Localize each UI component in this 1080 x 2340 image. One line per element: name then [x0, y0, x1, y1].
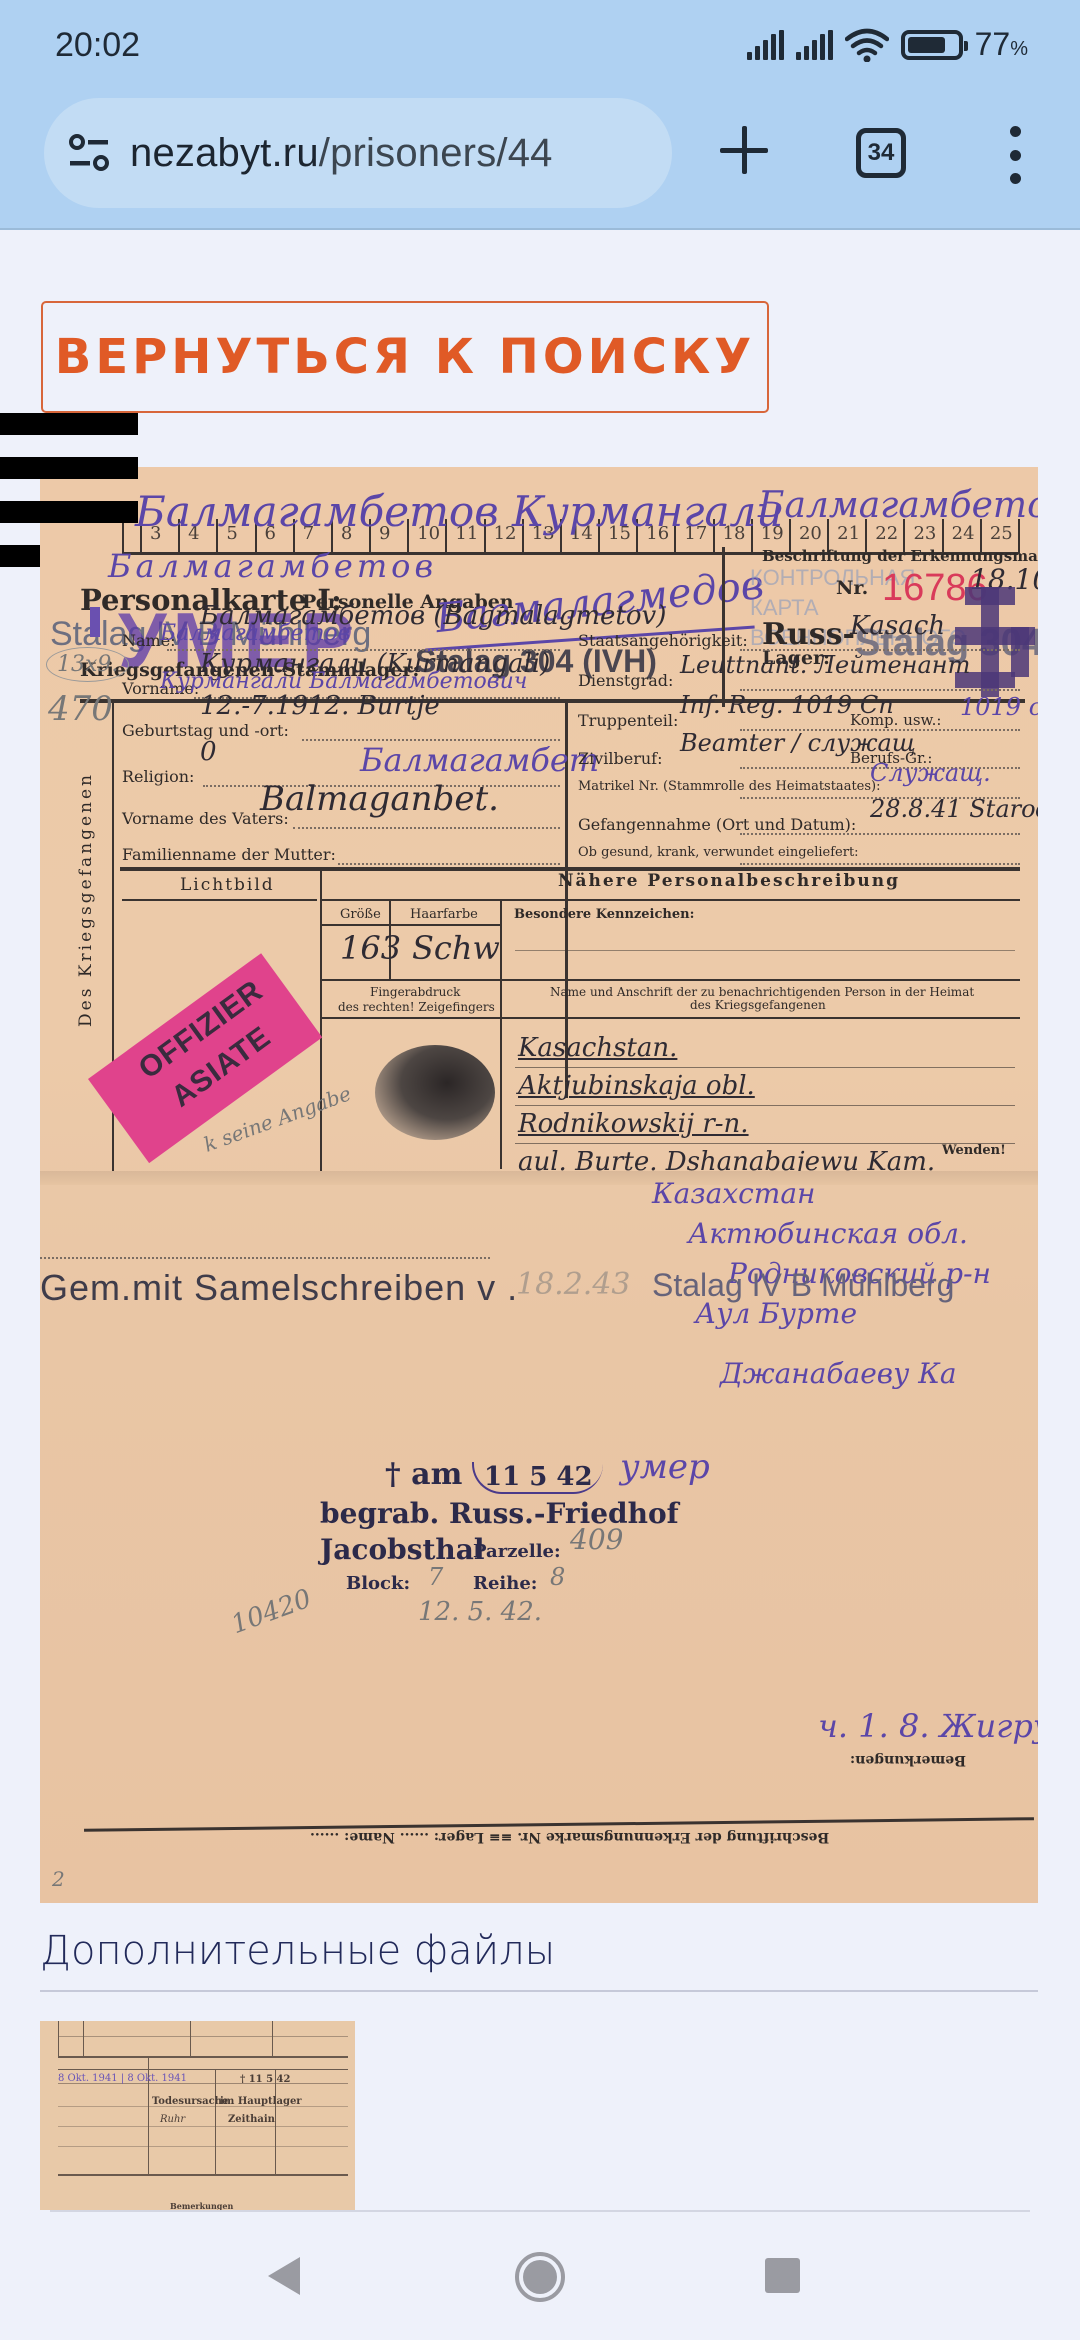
- value-parzelle: 409: [570, 1523, 623, 1556]
- rule: [83, 2021, 84, 2056]
- stamp-gem: Gem.mit Samelschreiben v .: [40, 1267, 518, 1309]
- wifi-icon: [845, 28, 889, 62]
- thumb-stamp-dates: 8 Okt. 1941 | 8 Okt. 1941: [58, 2073, 187, 2084]
- url-text[interactable]: nezabyt.ru/prisoners/44: [130, 131, 553, 176]
- thumb-place: Zeithain: [228, 2114, 275, 2125]
- bemerkungen-hw: ч. 1. 8. Жигруз: [818, 1707, 1038, 1745]
- back-to-search-button[interactable]: ВЕРНУТЬСЯ К ПОИСКУ: [41, 301, 769, 413]
- address-russian: КазахстанАктюбинская обл.Родниковский р-…: [40, 467, 1038, 1467]
- address-ru-line: Джанабаеву Ка: [720, 1357, 957, 1390]
- prisoner-card-image[interactable]: 345678910111213141516171819202122232425 …: [40, 467, 1038, 1903]
- status-time: 20:02: [55, 26, 140, 65]
- back-icon[interactable]: [268, 2257, 300, 2295]
- battery-icon: [901, 30, 963, 60]
- new-tab-icon[interactable]: [716, 122, 772, 178]
- bottom-row-label: Beschriftung der Erkennungsmarke Nr. ≡≡ …: [310, 1829, 829, 1845]
- side-number: 10420: [227, 1584, 315, 1640]
- rule: [190, 2021, 191, 2056]
- thumb-hw-note: Ruhr: [160, 2114, 185, 2125]
- browser-chrome: 20:02 77% nezabyt.ru/prisoners/44 34: [0, 0, 1080, 230]
- stamp-stalag-iv: Stalag IV B Mühlberg: [652, 1267, 954, 1304]
- thumb-cause: Todesursache: [152, 2096, 228, 2107]
- rule: [40, 1257, 490, 1259]
- death-date: 11 5 42: [472, 1462, 603, 1494]
- corner-mark: 2: [52, 1867, 65, 1891]
- value-reihe: 8: [550, 1563, 565, 1591]
- rule: [58, 2056, 348, 2058]
- hamburger-icon[interactable]: [0, 413, 138, 568]
- signal-icon: [747, 30, 784, 60]
- burial-date: 12. 5. 42.: [418, 1597, 542, 1627]
- gem-date: 18.2.43: [516, 1267, 631, 1302]
- label-reihe: Reihe:: [473, 1573, 537, 1594]
- additional-files-title: Дополнительные файлы: [40, 1928, 555, 1974]
- burial-line-2: Jacobsthal: [320, 1533, 485, 1566]
- rule: [58, 2126, 348, 2127]
- recents-icon[interactable]: [765, 2258, 800, 2293]
- rule: [58, 2146, 348, 2147]
- additional-file-thumbnail[interactable]: 8 Okt. 1941 | 8 Okt. 1941 † 11 5 42 Tode…: [40, 2021, 355, 2210]
- rule: [58, 2174, 348, 2176]
- additional-files-divider: [40, 1990, 1038, 1992]
- death-prefix: † am: [385, 1457, 462, 1492]
- value-block: 7: [428, 1563, 443, 1591]
- burial-line-1: begrab. Russ.-Friedhof: [320, 1497, 679, 1530]
- more-menu-icon[interactable]: [1000, 126, 1030, 184]
- rule: [58, 2036, 348, 2037]
- battery-level: [908, 37, 945, 53]
- thumb-location: im Hauptlager: [220, 2096, 302, 2107]
- address-ru-line: Актюбинская обл.: [688, 1217, 968, 1250]
- address-ru-line: Казахстан: [652, 1177, 816, 1210]
- tab-switcher-icon[interactable]: 34: [856, 128, 906, 178]
- battery-percent: 77%: [975, 26, 1028, 63]
- rule: [272, 2021, 273, 2056]
- home-icon[interactable]: [515, 2252, 565, 2302]
- signal-icon: [796, 30, 833, 60]
- site-settings-icon[interactable]: [66, 130, 112, 176]
- death-note: умер: [620, 1447, 710, 1487]
- rule: [58, 2069, 348, 2070]
- rule: [58, 2021, 59, 2056]
- thumb-death-date: † 11 5 42: [240, 2074, 290, 2085]
- thumb-footer: Bemerkungen: [170, 2201, 233, 2210]
- address-bar[interactable]: nezabyt.ru/prisoners/44: [44, 98, 672, 208]
- label-parzelle: Parzelle:: [473, 1541, 561, 1562]
- files-bottom-divider: [50, 2210, 1030, 2212]
- rule: [215, 2069, 216, 2174]
- label-block: Block:: [346, 1573, 410, 1594]
- status-icons: 77%: [747, 26, 1028, 63]
- label-bemerkungen: Bemerkungen:: [850, 1752, 966, 1768]
